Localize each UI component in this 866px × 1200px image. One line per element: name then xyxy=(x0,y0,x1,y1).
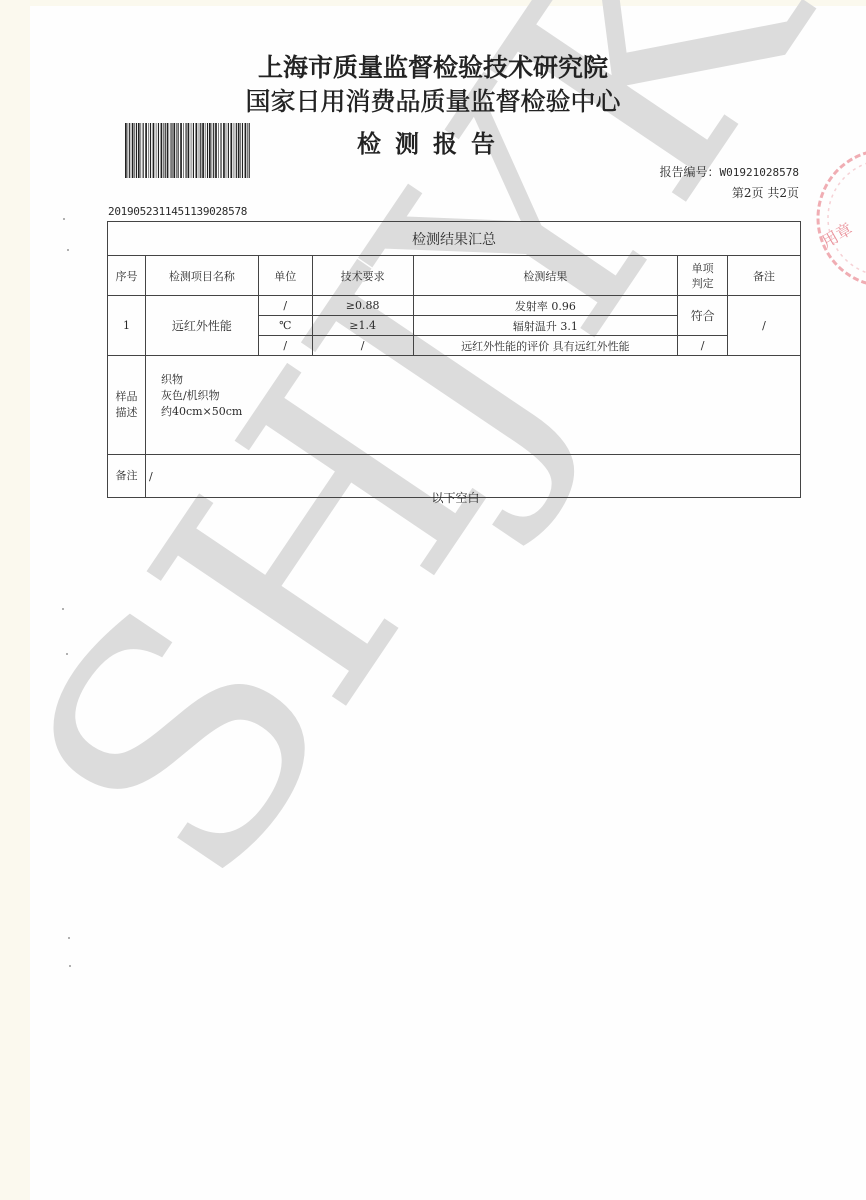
serial-number: 2019052311451139028578 xyxy=(108,205,247,218)
page-indicator: 第2页 共2页 xyxy=(732,184,799,201)
col-header-requirement: 技术要求 xyxy=(312,256,413,296)
sample-line: 灰色/机织物 xyxy=(161,388,800,404)
col-header-verdict: 单项判定 xyxy=(678,256,728,296)
item-unit: ℃ xyxy=(258,316,312,336)
table-row: 1 远红外性能 / ≥0.88 发射率 0.96 符合 / xyxy=(108,296,801,316)
blank-below-note: 以下空白 xyxy=(0,489,866,506)
col-header-item-name: 检测项目名称 xyxy=(145,256,258,296)
item-remark: / xyxy=(728,296,801,356)
item-verdict: / xyxy=(678,336,728,356)
sample-description-label: 样品描述 xyxy=(108,356,146,455)
col-header-result: 检测结果 xyxy=(413,256,678,296)
item-result: 远红外性能的评价 具有远红外性能 xyxy=(413,336,678,356)
col-header-unit: 单位 xyxy=(258,256,312,296)
svg-text:用章: 用章 xyxy=(819,219,856,251)
sample-line: 约40cm×50cm xyxy=(161,404,800,420)
item-verdict: 符合 xyxy=(678,296,728,336)
sample-description: 织物 灰色/机织物 约40cm×50cm xyxy=(145,356,800,455)
sample-description-label-text: 样品描述 xyxy=(115,390,137,419)
item-unit: / xyxy=(258,296,312,316)
sample-line: 织物 xyxy=(161,372,800,388)
item-result: 辐射温升 3.1 xyxy=(413,316,678,336)
table-caption: 检测结果汇总 xyxy=(108,222,801,256)
institute-name: 上海市质量监督检验技术研究院 xyxy=(0,48,866,84)
report-number-value: W01921028578 xyxy=(720,166,799,179)
col-header-verdict-text: 单项判定 xyxy=(692,262,714,290)
report-number-label: 报告编号： xyxy=(660,165,720,179)
item-requirement: / xyxy=(312,336,413,356)
center-name: 国家日用消费品质量监督检验中心 xyxy=(0,82,866,118)
col-header-remark: 备注 xyxy=(728,256,801,296)
report-number: 报告编号：W01921028578 xyxy=(660,163,800,180)
item-unit: / xyxy=(258,336,312,356)
official-seal-stamp: 用章 xyxy=(806,138,866,298)
sample-description-row: 样品描述 织物 灰色/机织物 约40cm×50cm xyxy=(108,356,801,455)
item-index: 1 xyxy=(108,296,146,356)
item-requirement: ≥1.4 xyxy=(312,316,413,336)
results-table: 检测结果汇总 序号 检测项目名称 单位 技术要求 检测结果 单项判定 备注 1 … xyxy=(107,221,801,498)
col-header-index: 序号 xyxy=(108,256,146,296)
table-header-row: 序号 检测项目名称 单位 技术要求 检测结果 单项判定 备注 xyxy=(108,256,801,296)
item-requirement: ≥0.88 xyxy=(312,296,413,316)
item-name: 远红外性能 xyxy=(145,296,258,356)
item-result: 发射率 0.96 xyxy=(413,296,678,316)
barcode xyxy=(125,123,250,178)
